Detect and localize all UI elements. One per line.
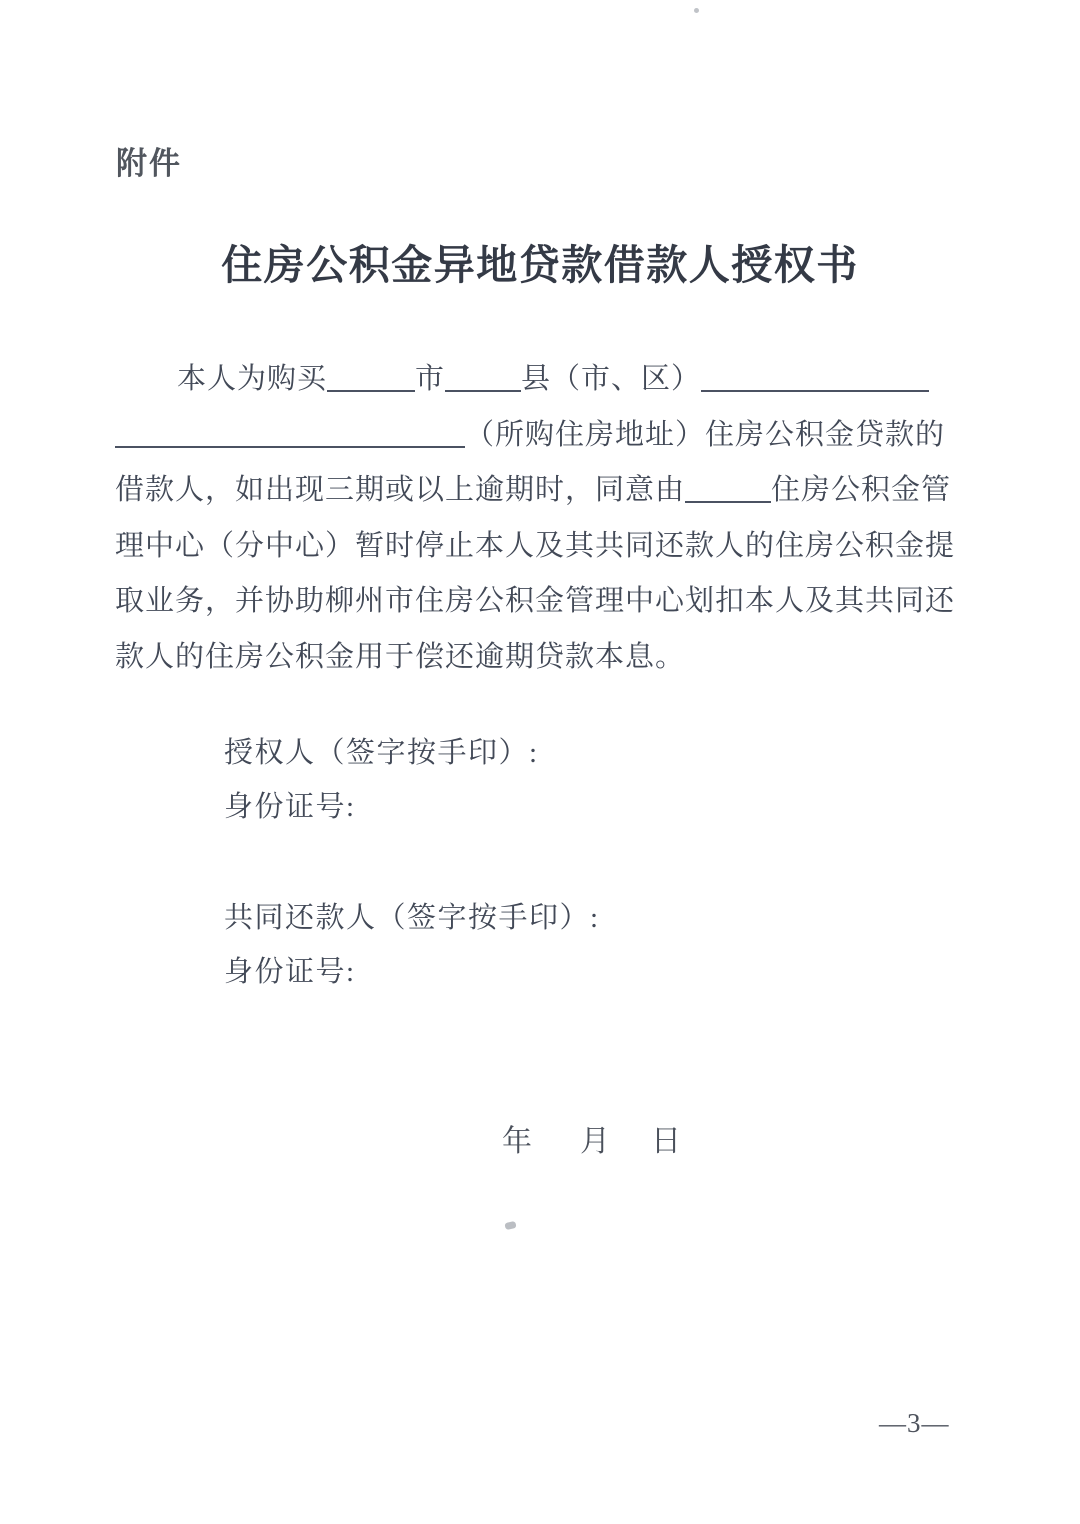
body-text-segment: 取业务，并协助柳州市住房公积金管理中心划扣本人及其共同还: [115, 585, 955, 617]
authorizer-id-label: 身份证号:: [224, 780, 539, 834]
body-line: 款人的住房公积金用于偿还逾期贷款本息。: [115, 630, 957, 686]
date-day-label: 日: [651, 1116, 681, 1160]
authorizer-sign-label: 授权人（签字按手印）:: [224, 726, 539, 780]
fill-in-blank: [327, 361, 415, 392]
body-paragraph: 本人为购买市县（市、区）（所购住房地址）住房公积金贷款的借款人，如出现三期或以上…: [115, 352, 957, 685]
body-line: 借款人，如出现三期或以上逾期时，同意由住房公积金管: [115, 463, 957, 519]
body-text-segment: 本人为购买: [177, 363, 327, 395]
body-text-segment: 县（市、区）: [521, 363, 701, 395]
fill-in-blank: [701, 361, 929, 392]
fill-in-blank: [115, 417, 465, 448]
fill-in-blank: [445, 361, 521, 392]
co-borrower-id-label: 身份证号:: [224, 945, 600, 999]
body-text-segment: 借款人，如出现三期或以上逾期时，同意由: [115, 474, 685, 506]
body-text-segment: 住房公积金管: [771, 474, 951, 506]
body-text-segment: 理中心（分中心）暂时停止本人及其共同还款人的住房公积金提: [115, 530, 955, 562]
body-text-segment: （所购住房地址）住房公积金贷款的: [465, 419, 945, 451]
co-borrower-signature-block: 共同还款人（签字按手印）: 身份证号:: [224, 891, 600, 999]
document-title: 住房公积金异地贷款借款人授权书: [0, 232, 1080, 291]
page-number: —3—: [879, 1408, 950, 1439]
body-text-segment: 款人的住房公积金用于偿还逾期贷款本息。: [115, 641, 685, 673]
body-line: 理中心（分中心）暂时停止本人及其共同还款人的住房公积金提: [115, 519, 957, 575]
authorizer-signature-block: 授权人（签字按手印）: 身份证号:: [224, 726, 539, 834]
scan-speck: [694, 8, 699, 13]
date-line: 年月日: [502, 1116, 681, 1160]
date-year-label: 年: [502, 1116, 532, 1160]
co-borrower-sign-label: 共同还款人（签字按手印）:: [224, 891, 600, 945]
document-page: 附件 住房公积金异地贷款借款人授权书 本人为购买市县（市、区）（所购住房地址）住…: [0, 0, 1080, 1524]
scan-speck: [504, 1221, 516, 1230]
fill-in-blank: [685, 472, 771, 503]
body-text-segment: 市: [415, 363, 445, 395]
attachment-label: 附件: [116, 138, 182, 183]
date-month-label: 月: [580, 1116, 610, 1160]
body-line: 本人为购买市县（市、区）: [115, 352, 957, 408]
body-line: 取业务，并协助柳州市住房公积金管理中心划扣本人及其共同还: [115, 574, 957, 630]
body-line: （所购住房地址）住房公积金贷款的: [115, 408, 957, 464]
